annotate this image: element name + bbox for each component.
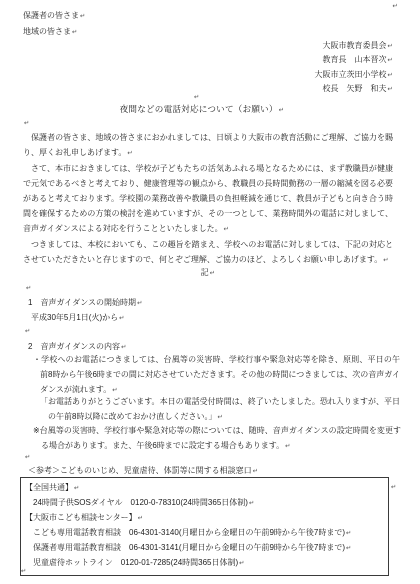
reference-heading: ＜参考＞こどものいじめ、児童虐待、体罰等に関する相談窓口	[28, 465, 258, 476]
sender-principal: 校長 矢野 和夫	[315, 82, 393, 96]
hotline-group-national-label: 【全国共通】	[25, 481, 388, 496]
section2-policy: ・学校へのお電話につきましては、台風等の災害時、学校行事や緊急対応等を除き、原則…	[33, 352, 400, 398]
hotline-abuse-hotline: 児童虐待ホットライン 0120-01-7285(24時間365日体制)	[25, 556, 388, 571]
document-title: 夜間などの電話対応について（お願い）	[16, 103, 388, 115]
section2-note: ※台風等の災害時、学校行事や緊急対応等の際については、随時、音声ガイダンスの設定…	[33, 423, 401, 454]
formatting-mark	[26, 284, 31, 292]
hotline-box: 【全国共通】 24時間子供SOSダイヤル 0120-0-78310(24時間36…	[20, 477, 389, 576]
sender-block: 大阪市教育委員会 教育長 山本晋次 大阪市立茨田小学校 校長 矢野 和夫	[315, 39, 393, 97]
hotline-group-osaka-label: 【大阪市こども相談センター】	[25, 511, 388, 526]
ki-marker: 記	[23, 267, 393, 278]
formatting-mark	[194, 93, 199, 101]
sender-school: 大阪市立茨田小学校	[315, 68, 393, 82]
addressee-block: 保護者の皆さま 地域の皆さま	[23, 8, 85, 40]
section1-heading: 1 音声ガイダンスの開始時期	[28, 297, 143, 308]
hotline-sos-dial: 24時間子供SOSダイヤル 0120-0-78310(24時間365日体制)	[25, 496, 388, 511]
sender-org: 大阪市教育委員会	[315, 39, 393, 53]
addressee-community: 地域の皆さま	[23, 24, 85, 40]
document-page: 保護者の皆さま 地域の皆さま 大阪市教育委員会 教育長 山本晋次 大阪市立茨田小…	[0, 0, 420, 584]
formatting-mark	[25, 453, 30, 461]
hotline-child-phone: こども専用電話教育相談 06-4301-3140(月曜日から金曜日の午前9時から…	[25, 526, 388, 541]
formatting-mark	[25, 327, 30, 335]
formatting-mark	[393, 2, 398, 10]
paragraph-greeting: 保護者の皆さま、地域の皆さまにおかれましては、日頃より大阪市の教育活動にご理解、…	[23, 130, 393, 161]
section2-guidance-message: 「お電話ありがとうございます。本日の電話受付時間は、終了いたしました。恐れ入りま…	[40, 394, 400, 425]
hotline-guardian-phone: 保護者専用電話教育相談 06-4301-3141(月曜日から金曜日の午前9時から…	[25, 541, 388, 556]
body-paragraphs: 保護者の皆さま、地域の皆さまにおかれましては、日頃より大阪市の教育活動にご理解、…	[23, 130, 393, 268]
formatting-mark	[391, 483, 396, 491]
formatting-mark	[24, 119, 29, 127]
section2-heading: 2 音声ガイダンスの内容	[28, 341, 127, 352]
addressee-guardians: 保護者の皆さま	[23, 8, 85, 24]
sender-superintendent: 教育長 山本晋次	[315, 53, 393, 67]
paragraph-request: つきましては、本校においても、この趣旨を踏まえ、学校へのお電話に対しましては、下…	[23, 237, 393, 268]
section1-start-date: 平成30年5月1日(火)から	[31, 312, 125, 323]
paragraph-background: さて、本市におきましては、学校が子どもたちの活気あふれる場となるためには、まず教…	[23, 161, 393, 237]
